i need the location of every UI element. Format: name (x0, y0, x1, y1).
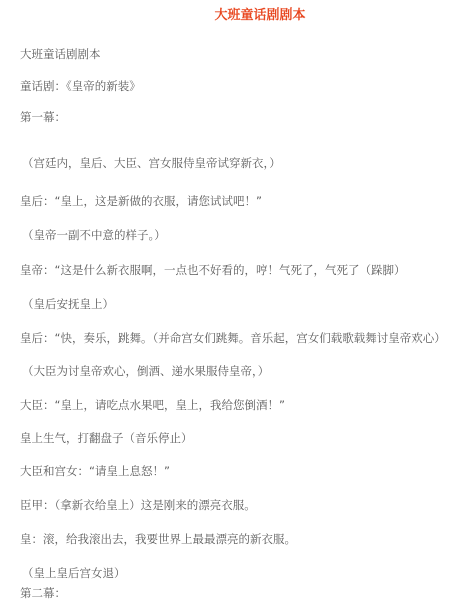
stage-direction: （皇上皇后宫女退） (22, 566, 126, 580)
act-two-heading: 第二幕： (20, 586, 66, 600)
narration-line: 皇上生气，打翻盘子（音乐停止） (20, 431, 193, 445)
dialogue-line: 大臣和宫女：“请皇上息怒！” (20, 464, 170, 478)
document-title: 大班童话剧剧本 (0, 4, 456, 23)
doc-heading: 大班童话剧剧本 (20, 47, 101, 61)
stage-direction: （皇帝一副不中意的样子。） (22, 228, 166, 242)
dialogue-line: 皇后：“快，奏乐，跳舞。（并命宫女们跳舞。音乐起，宫女们载歌载舞讨皇帝欢心） (20, 331, 446, 345)
play-name: 童话剧：《皇帝的新装》 (20, 79, 141, 93)
dialogue-line: 臣甲：（拿新衣给皇上）这是刚来的漂亮衣服。 (20, 498, 256, 512)
stage-direction: （宫廷内，皇后、大臣、宫女服侍皇帝试穿新衣，） (22, 156, 281, 170)
stage-direction: （大臣为讨皇帝欢心，倒酒、递水果服侍皇帝，） (22, 364, 269, 378)
dialogue-line: 皇后：“皇上，这是新做的衣服，请您试试吧！” (20, 194, 262, 208)
dialogue-line: 大臣：“皇上，请吃点水果吧，皇上，我给您倒酒！” (20, 398, 285, 412)
dialogue-line: 皇帝：“这是什么新衣服啊，一点也不好看的，哼！气死了，气死了（跺脚） (20, 263, 405, 277)
stage-direction: （皇后安抚皇上） (22, 297, 114, 311)
dialogue-line: 皇：滚，给我滚出去，我要世界上最最漂亮的新衣服。 (20, 532, 296, 546)
act-one-heading: 第一幕： (20, 110, 66, 124)
